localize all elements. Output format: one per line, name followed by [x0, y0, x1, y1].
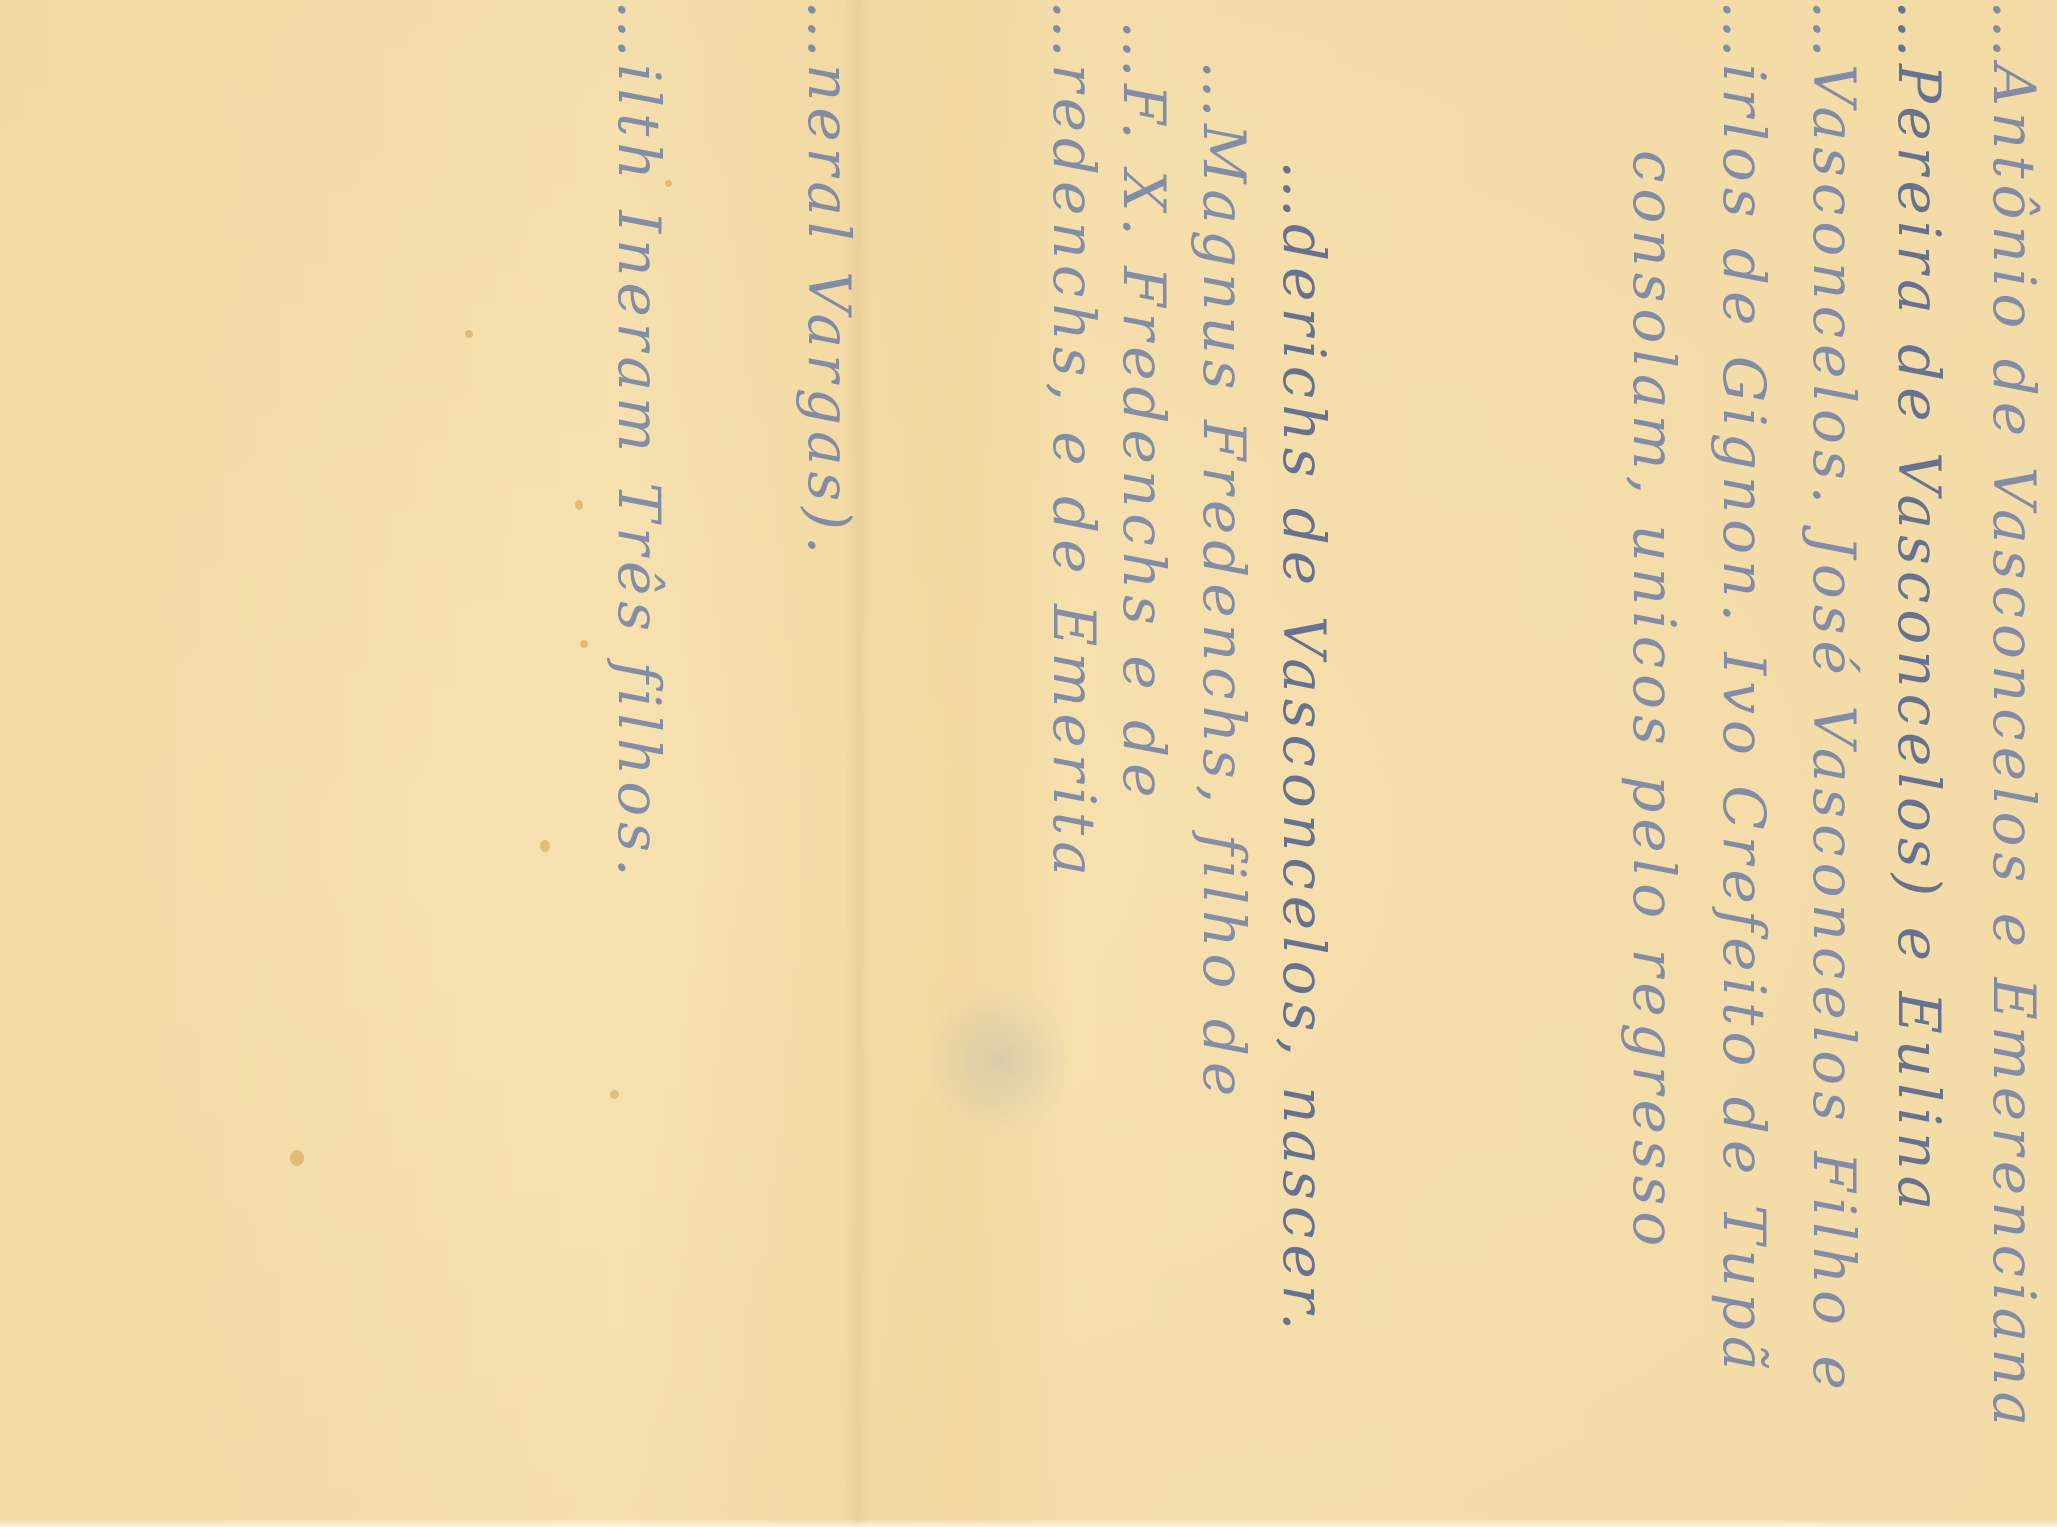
- foxing-spot: [580, 640, 588, 648]
- handwritten-line: …irlos de Gignon. Ivo Crefeito de Tupã: [1715, 0, 1773, 1376]
- handwritten-line: …F. X. Fredenchs e de: [1115, 20, 1173, 804]
- handwritten-line: …redenchs, e de Emerita: [1045, 0, 1103, 882]
- foxing-spot: [290, 1150, 304, 1166]
- paper-edge: [0, 1519, 2057, 1527]
- handwritten-line: …Antônio de Vasconcelos e Emerenciana: [1985, 0, 2043, 1432]
- handwritten-line: …neral Vargas).: [800, 0, 858, 560]
- foxing-spot: [610, 1090, 619, 1099]
- foxing-spot: [465, 330, 473, 338]
- handwritten-line: …Magnus Fredenchs, filho de: [1195, 60, 1253, 1102]
- handwritten-line: …Pereira de Vasconcelos) e Eulina: [1890, 0, 1948, 1216]
- handwritten-line: consolam, unicos pelo regresso: [1625, 150, 1683, 1252]
- handwritten-line: …Vasconcelos. José Vasconcelos Filho e: [1805, 0, 1863, 1396]
- foxing-spot: [575, 500, 583, 510]
- handwritten-line: …ilth Ineram Três filhos.: [610, 0, 668, 883]
- foxing-spot: [540, 840, 550, 852]
- water-stain: [930, 980, 1070, 1140]
- handwritten-line: …derichs de Vasconcelos, nascer.: [1275, 160, 1333, 1337]
